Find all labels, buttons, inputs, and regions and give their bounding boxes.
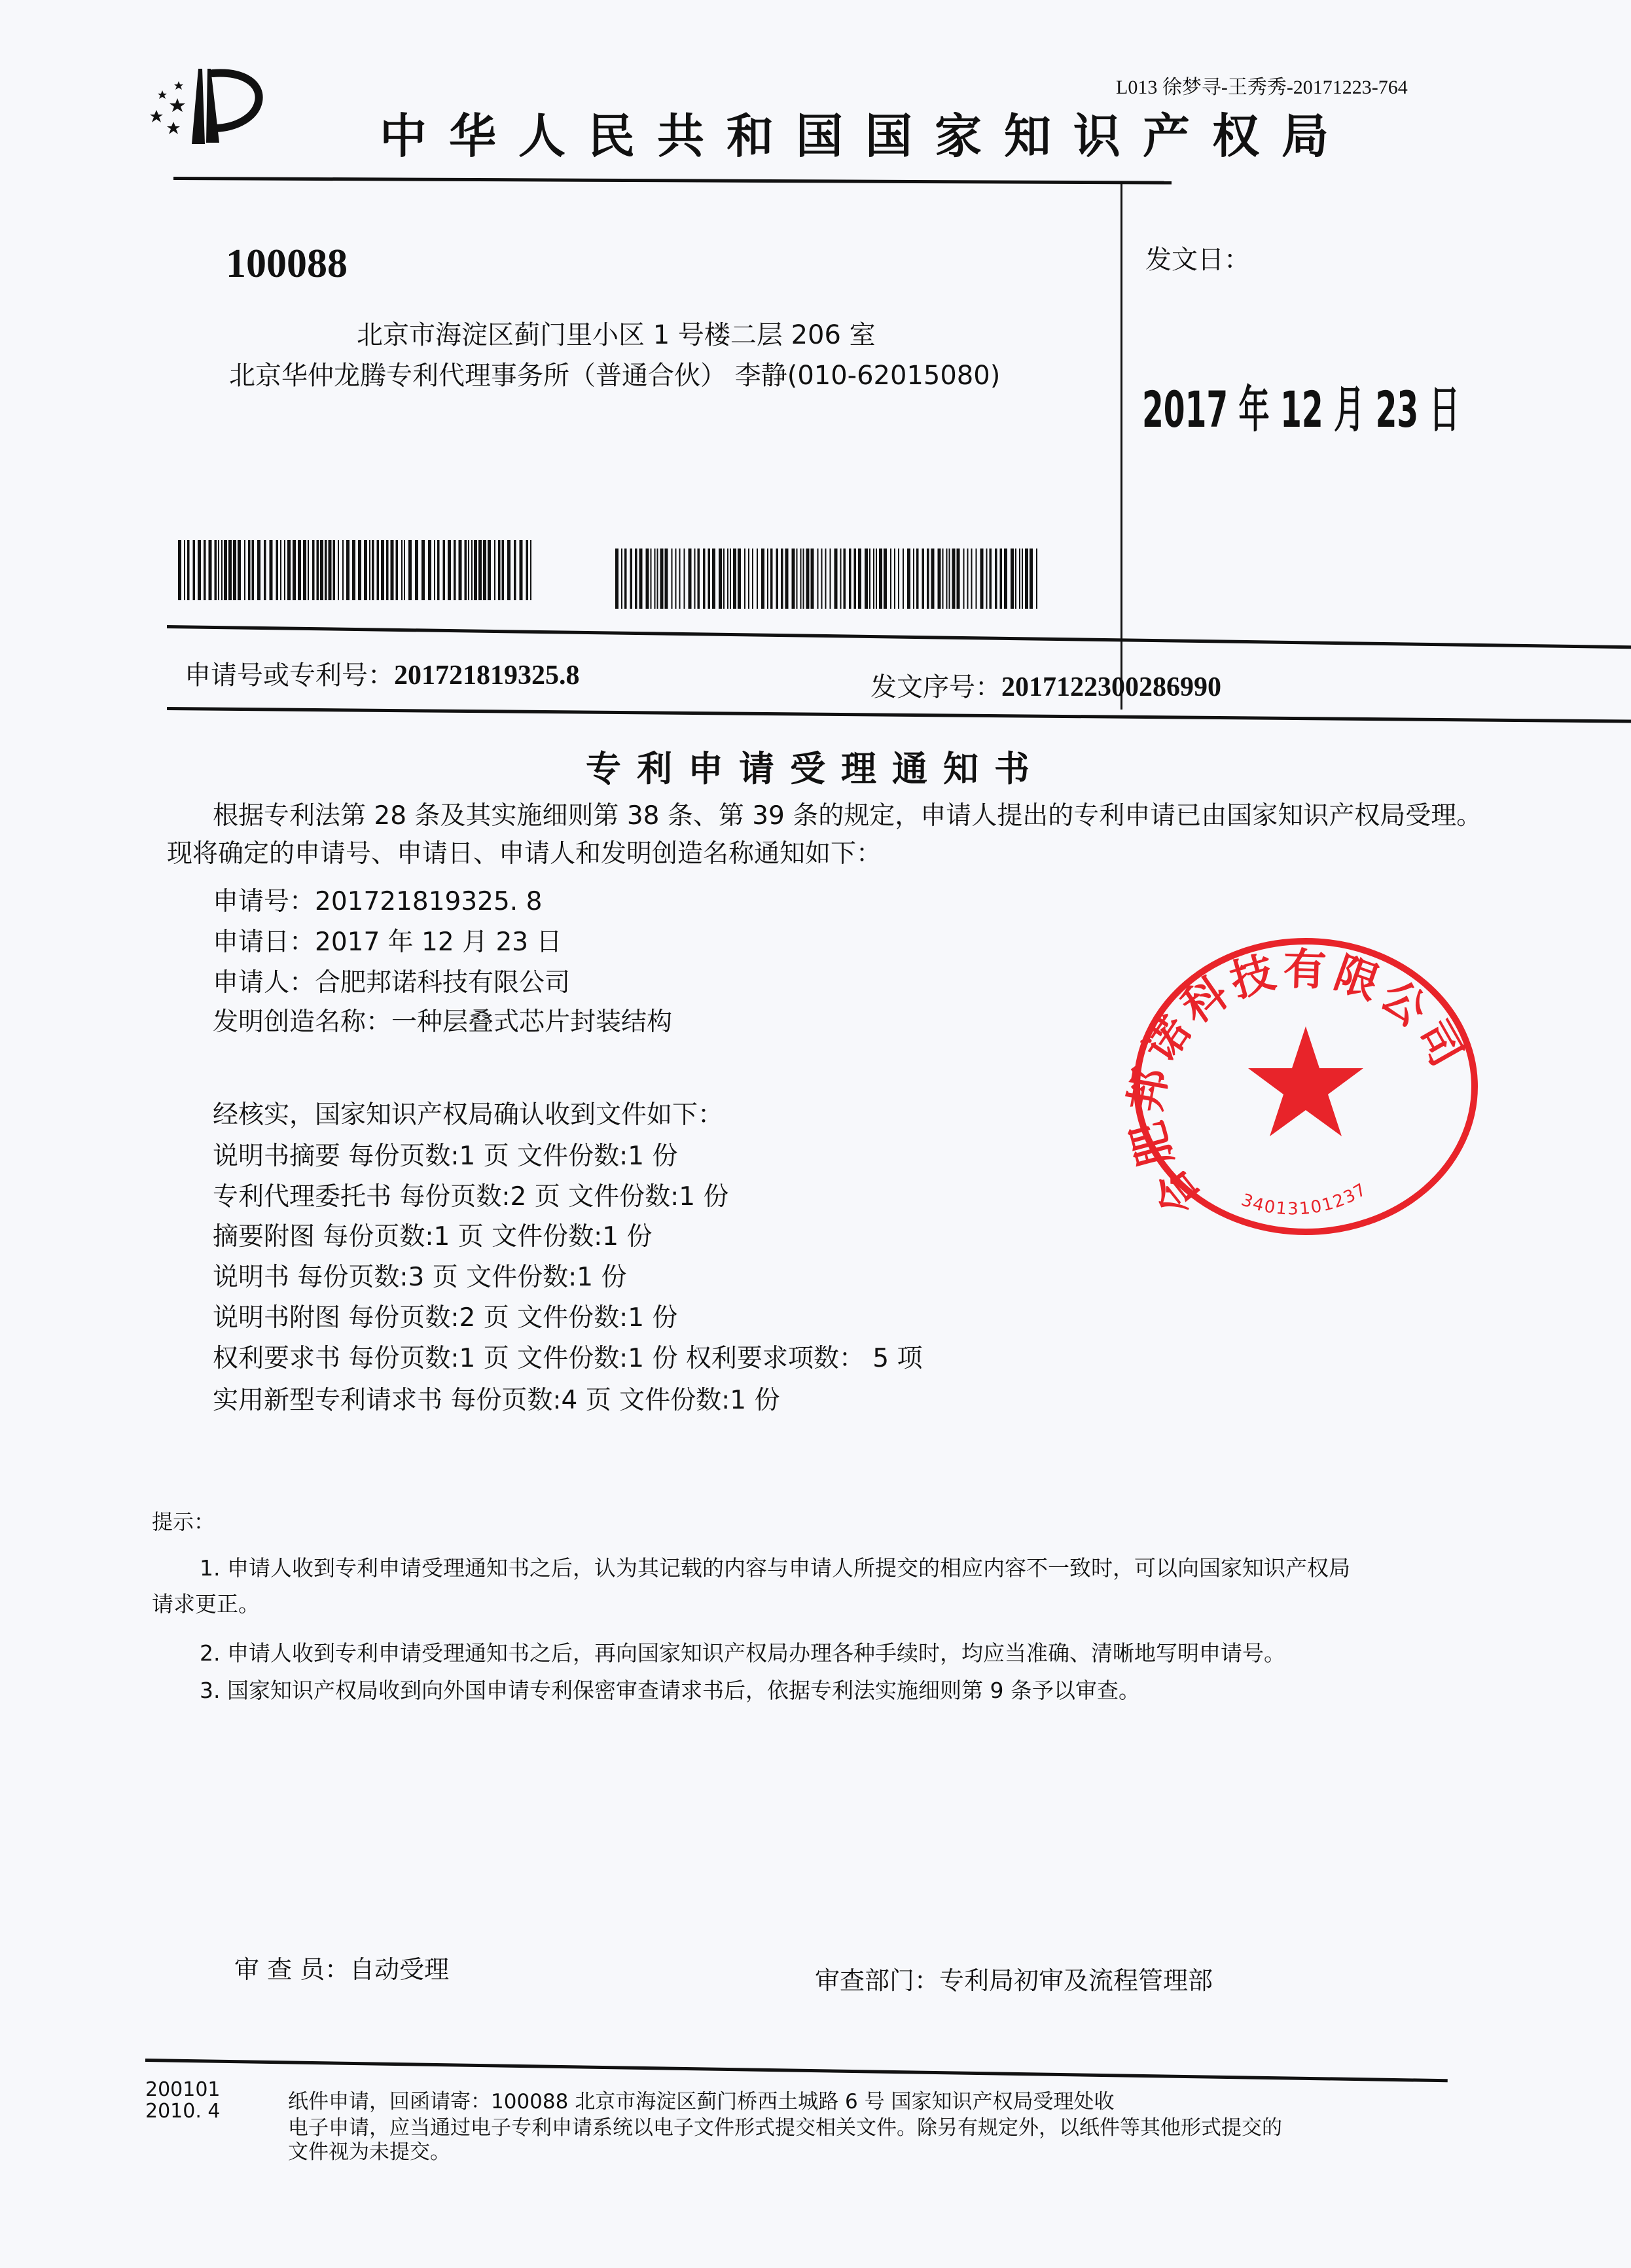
notice-title: 专利申请受理通知书 [0, 741, 1631, 791]
document-item: 权利要求书 每份页数:1 页 文件份数:1 份 权利要求项数： 5 项 [213, 1338, 923, 1375]
company-seal: 合肥邦诺科技有限公司 3401310123704 [1116, 923, 1496, 1250]
examiner: 审 查 员：自动受理 [234, 1949, 449, 1985]
field-value: 201721819325. 8 [315, 887, 542, 916]
postcode: 100088 [226, 241, 348, 287]
documents-heading: 经核实，国家知识产权局确认收到文件如下： [213, 1094, 723, 1131]
serial-number-line: 发文序号：2017122300286990 [870, 666, 1221, 704]
tips-label: 提示： [152, 1505, 215, 1536]
tip-1-line1: 1. 申请人收到专利申请受理通知书之后，认为其记载的内容与申请人所提交的相应内容… [200, 1551, 1350, 1582]
recipient-agency: 北京华仲龙腾专利代理事务所（普通合伙） 李静(010-62015080) [229, 355, 1000, 392]
application-number-label: 申请号或专利号： [185, 660, 394, 691]
field-value: 合肥邦诺科技有限公司 [315, 968, 570, 998]
tip-2: 2. 申请人收到专利申请受理通知书之后，再向国家知识产权局办理各种手续时，均应当… [200, 1636, 1285, 1667]
issue-date-divider [1120, 182, 1122, 710]
numbers-divider [167, 707, 1631, 723]
tip-1-line2: 请求更正。 [152, 1587, 260, 1618]
field-label: 申请号： [213, 887, 315, 916]
field-label: 申请人： [213, 968, 315, 998]
field-applicant: 申请人：合肥邦诺科技有限公司 [213, 962, 570, 999]
seal-star-icon [1248, 1026, 1363, 1136]
notice-intro: 根据专利法第 28 条及其实施细则第 38 条、第 39 条的规定，申请人提出的… [167, 797, 1482, 873]
field-value: 一种层叠式芯片封装结构 [391, 1007, 672, 1037]
field-value: 2017 年 12 月 23 日 [315, 927, 562, 957]
footer-electronic-filing-cont: 文件视为未提交。 [288, 2135, 450, 2165]
form-code: 200101 [145, 2078, 221, 2101]
issue-date-label: 发文日： [1145, 239, 1250, 276]
tip-3: 3. 国家知识产权局收到向外国申请专利保密审查请求书后，依据专利法实施细则第 9… [200, 1674, 1140, 1704]
recipient-address: 北京市海淀区蓟门里小区 1 号楼二层 206 室 [357, 314, 876, 351]
office-title: 中华人民共和国国家知识产权局 [380, 98, 1351, 166]
department: 审查部门：专利局初审及流程管理部 [815, 1960, 1213, 1996]
field-label: 发明创造名称： [213, 1007, 391, 1037]
field-invention-title: 发明创造名称：一种层叠式芯片封装结构 [213, 1001, 672, 1038]
field-label: 申请日： [213, 927, 315, 957]
serial-number: 2017122300286990 [1001, 672, 1221, 702]
field-application-number: 申请号：201721819325. 8 [213, 881, 542, 918]
header-divider [173, 177, 1172, 185]
footer-divider [145, 2059, 1448, 2082]
document-item: 说明书摘要 每份页数:1 页 文件份数:1 份 [213, 1136, 678, 1172]
footer-paper-filing: 纸件申请，回函请寄：100088 北京市海淀区蓟门桥西土城路 6 号 国家知识产… [288, 2085, 1114, 2114]
document-item: 说明书 每份页数:3 页 文件份数:1 份 [213, 1257, 627, 1293]
cnipa-logo-icon [147, 65, 285, 164]
document-item: 专利代理委托书 每份页数:2 页 文件份数:1 份 [213, 1176, 729, 1213]
serial-number-label: 发文序号： [870, 672, 1001, 702]
application-number: 201721819325.8 [394, 660, 580, 691]
form-date: 2010. 4 [145, 2100, 221, 2123]
field-application-date: 申请日：2017 年 12 月 23 日 [213, 922, 562, 958]
reference-code: L013 徐梦寻-王秀秀-20171223-764 [1116, 71, 1408, 99]
document-item: 实用新型专利请求书 每份页数:4 页 文件份数:1 份 [213, 1380, 780, 1416]
barcode-serial [615, 549, 1041, 609]
barcode-divider [167, 625, 1631, 649]
application-number-line: 申请号或专利号：201721819325.8 [185, 655, 580, 692]
document-item: 说明书附图 每份页数:2 页 文件份数:1 份 [213, 1297, 678, 1334]
document-item: 摘要附图 每份页数:1 页 文件份数:1 份 [213, 1216, 653, 1253]
barcode-application [178, 540, 537, 600]
issue-date: 2017 年 12 月 23 日 [1142, 370, 1460, 441]
